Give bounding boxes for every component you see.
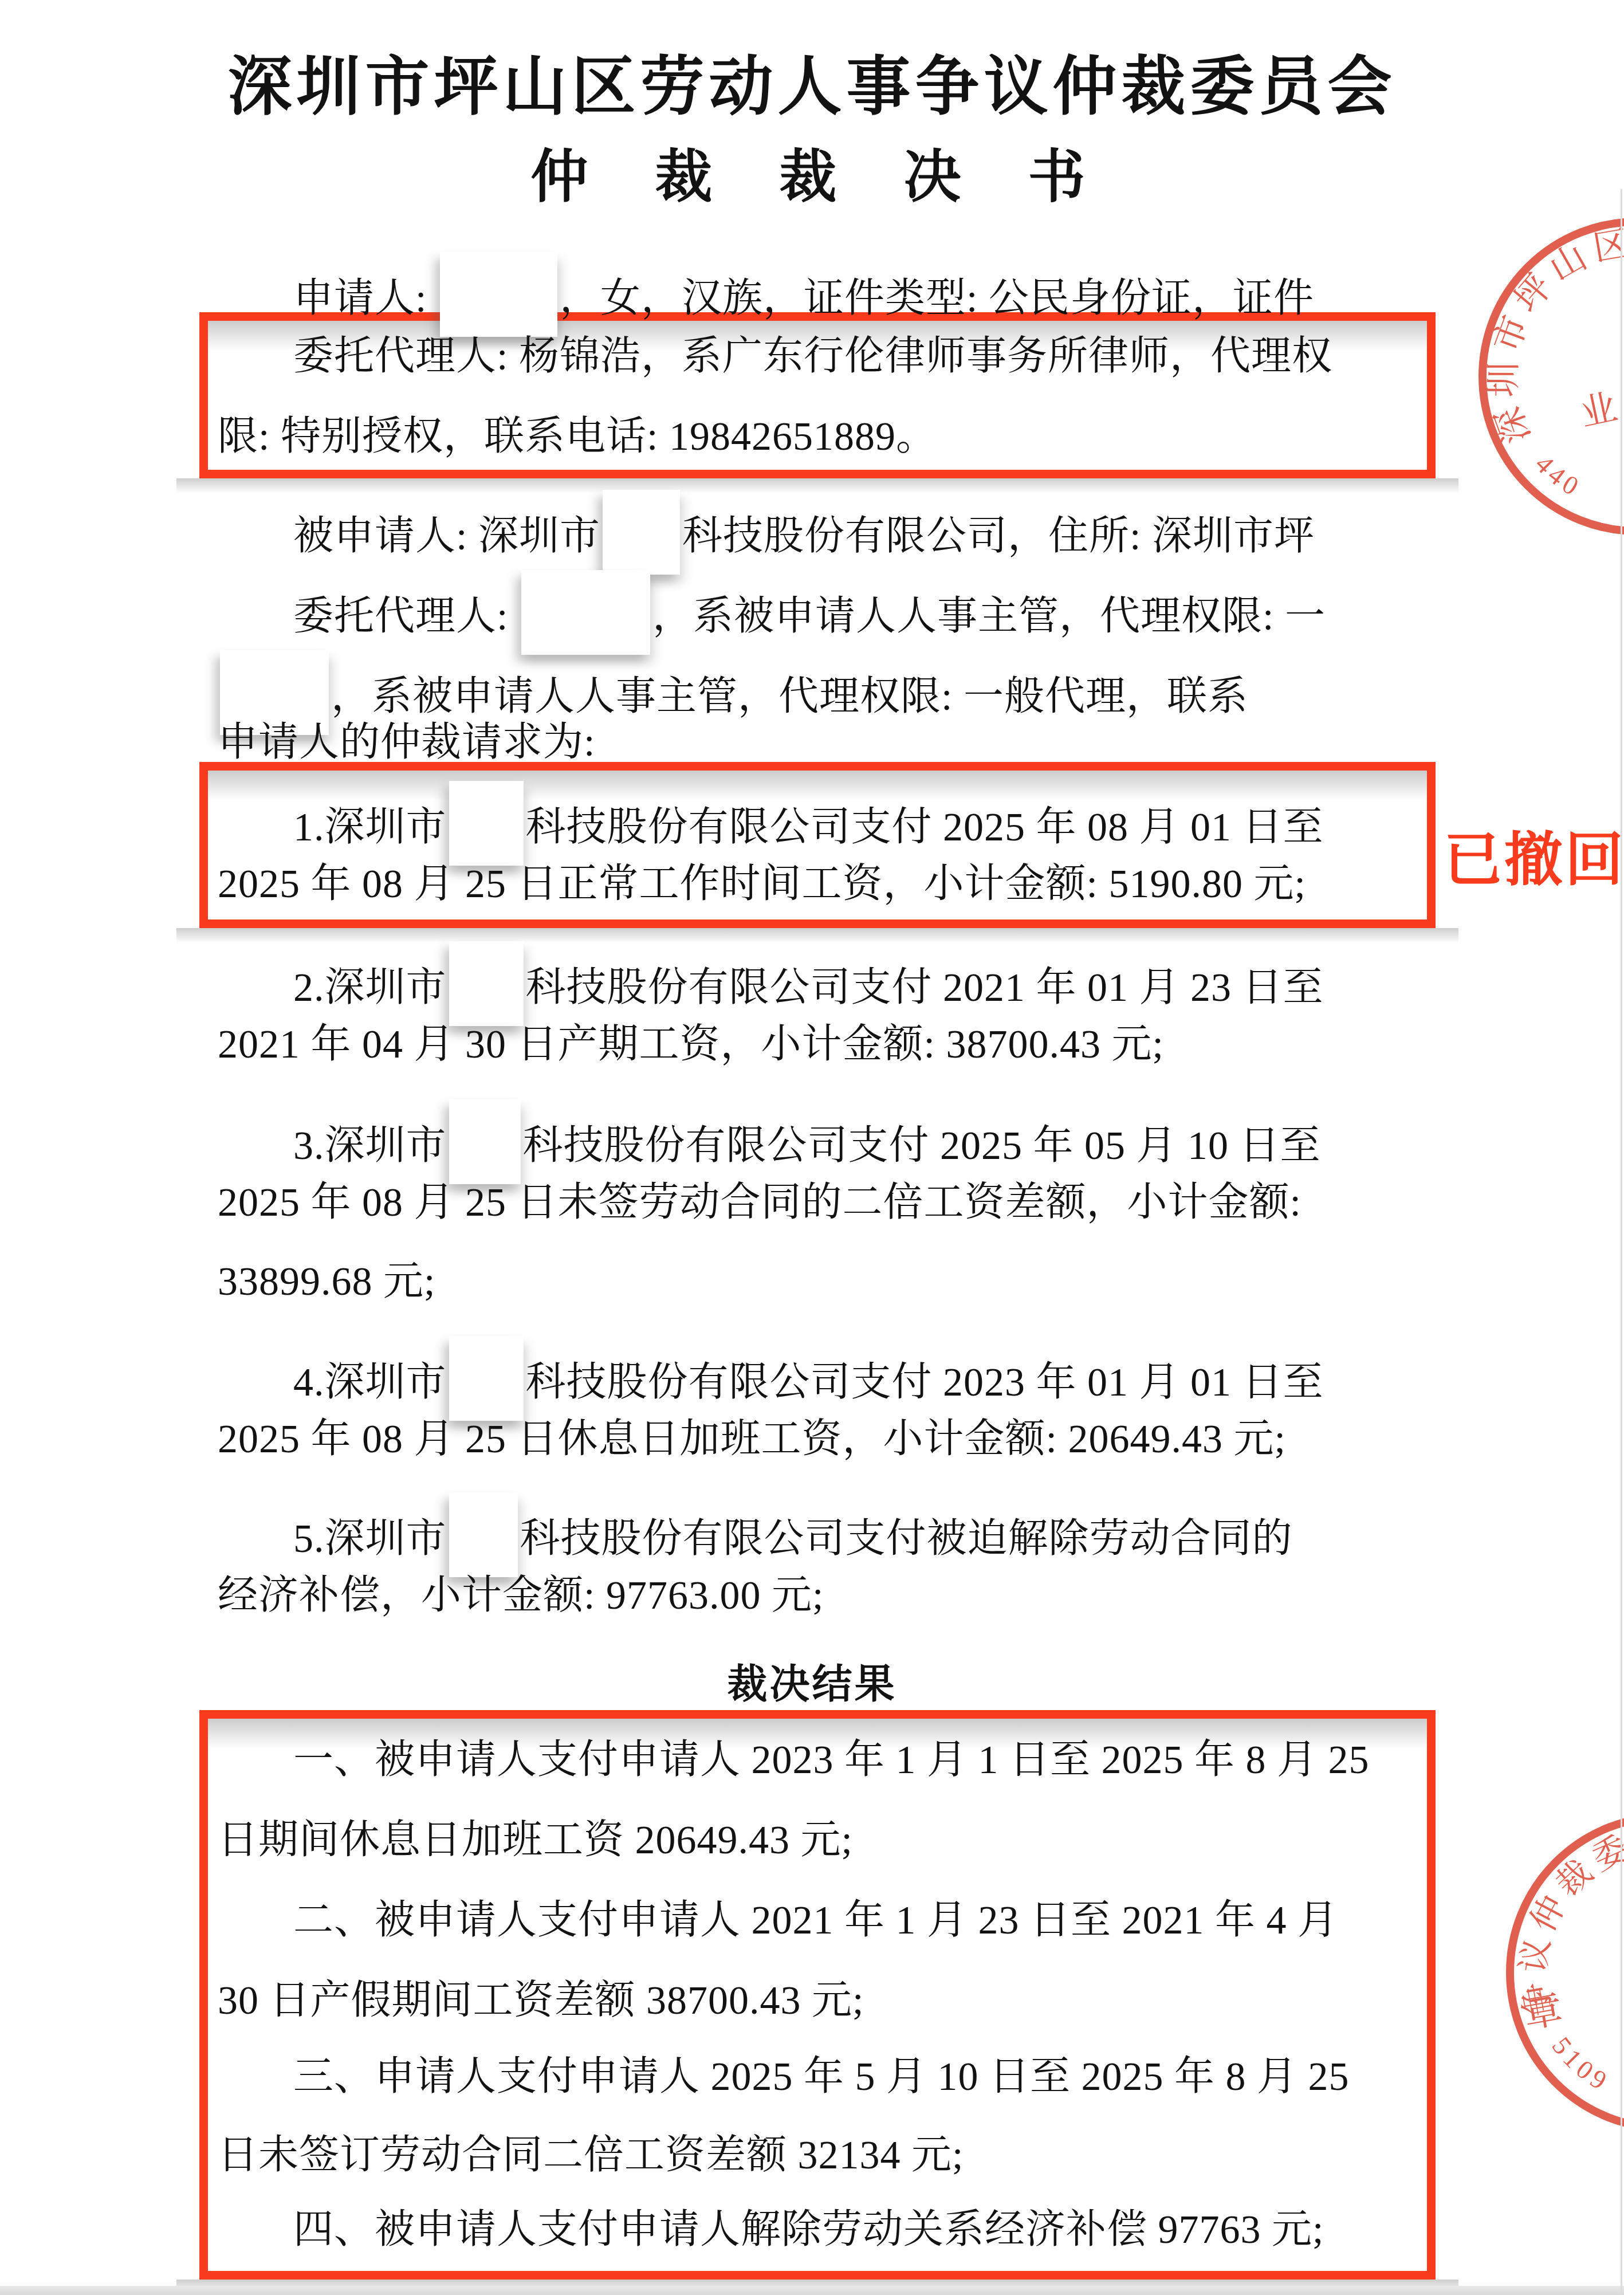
- document-line: 2.深圳市科技股份有限公司支付 2021 年 01 月 23 日至: [218, 941, 1502, 1026]
- line-text: 3.深圳市: [293, 1124, 447, 1168]
- line-text: 科技股份有限公司支付 2025 年 05 月 10 日至: [523, 1124, 1321, 1168]
- line-text: 科技股份有限公司支付 2025 年 08 月 01 日至: [526, 805, 1324, 850]
- document-line: 限: 特别授权，联系电话: 19842651889。: [218, 414, 1426, 461]
- redaction-box: [449, 1492, 518, 1577]
- redaction-box: [521, 570, 650, 655]
- line-text: 经济补偿，小计金额: 97763.00 元;: [218, 1574, 824, 1618]
- document-line: 33899.68 元;: [218, 1259, 1426, 1306]
- line-text: 科技股份有限公司，住所: 深圳市坪: [682, 514, 1315, 559]
- seal-circle-icon: 争议仲裁委员会 章 5109: [1488, 1809, 1624, 2153]
- line-text: 33899.68 元;: [218, 1260, 435, 1304]
- line-text: ，系被申请人人事主管，代理权限: 一般代理，联系: [331, 675, 1248, 719]
- document-line: 三、申请人支付申请人 2025 年 5 月 10 日至 2025 年 8 月 2…: [218, 2054, 1502, 2101]
- line-text: 被申请人: 深圳市: [293, 514, 600, 559]
- line-text: 2025 年 08 月 25 日休息日加班工资，小计金额: 20649.43 元…: [218, 1417, 1286, 1461]
- line-text: 2025 年 08 月 25 日正常工作时间工资，小计金额: 5190.80 元…: [218, 862, 1306, 906]
- line-text: 日未签订劳动合同二倍工资差额 32134 元;: [218, 2133, 964, 2178]
- redaction-box: [449, 1336, 524, 1421]
- document-line: 5.深圳市科技股份有限公司支付被迫解除劳动合同的: [218, 1492, 1502, 1577]
- line-text: 科技股份有限公司支付 2023 年 01 月 01 日至: [526, 1361, 1324, 1405]
- line-text: 4.深圳市: [293, 1361, 447, 1405]
- line-text: 科技股份有限公司支付 2021 年 01 月 23 日至: [526, 966, 1324, 1010]
- document-line: 四、被申请人支付申请人解除劳动关系经济补偿 97763 元;: [218, 2207, 1502, 2254]
- document-line: 2025 年 08 月 25 日未签劳动合同的二倍工资差额，小计金额:: [218, 1180, 1426, 1227]
- document-line: 申请人: ，女，汉族，证件类型: 公民身份证，证件: [218, 252, 1502, 337]
- document-line: 2025 年 08 月 25 日休息日加班工资，小计金额: 20649.43 元…: [218, 1416, 1426, 1463]
- line-text: 委托代理人:: [293, 595, 519, 639]
- line-text: 30 日产假期间工资差额 38700.43 元;: [218, 1979, 864, 2023]
- document-title-award: 仲 裁 裁 决 书: [0, 131, 1624, 213]
- line-text: 四、被申请人支付申请人解除劳动关系经济补偿 97763 元;: [293, 2208, 1324, 2252]
- document-line: 日期间休息日加班工资 20649.43 元;: [218, 1817, 1426, 1864]
- line-text: 委托代理人: 杨锦浩，系广东行伦律师事务所律师，代理权: [293, 335, 1332, 379]
- document-line: 日未签订劳动合同二倍工资差额 32134 元;: [218, 2132, 1426, 2179]
- document-line: 2025 年 08 月 25 日正常工作时间工资，小计金额: 5190.80 元…: [218, 861, 1426, 908]
- document-line: 被申请人: 深圳市科技股份有限公司，住所: 深圳市坪: [218, 490, 1502, 575]
- line-text: 二、被申请人支付申请人 2021 年 1 月 23 日至 2021 年 4 月: [293, 1899, 1338, 1943]
- redaction-box: [449, 781, 524, 866]
- line-text: 2021 年 04 月 30 日产期工资，小计金额: 38700.43 元;: [218, 1023, 1164, 1067]
- official-seal-top: 深圳市坪山区劳动 业 440: [1471, 213, 1624, 551]
- line-text: 申请人:: [293, 277, 438, 321]
- line-text: 5.深圳市: [293, 1517, 447, 1561]
- arbitration-award-document: 深圳市坪山区劳动人事争议仲裁委员会 仲 裁 裁 决 书 申请人: ，女，汉族，证…: [0, 0, 1624, 2295]
- document-line: 1.深圳市科技股份有限公司支付 2025 年 08 月 01 日至: [218, 781, 1502, 866]
- line-text: 2025 年 08 月 25 日未签劳动合同的二倍工资差额，小计金额:: [218, 1181, 1301, 1225]
- withdrawn-annotation: 已撤回: [1444, 814, 1624, 897]
- document-line: 一、被申请人支付申请人 2023 年 1 月 1 日至 2025 年 8 月 2…: [218, 1737, 1502, 1784]
- line-text: 限: 特别授权，联系电话: 19842651889。: [218, 415, 937, 459]
- document-line: 委托代理人: ，系被申请人人事主管，代理权限: 一: [218, 570, 1502, 655]
- line-text: 三、申请人支付申请人 2025 年 5 月 10 日至 2025 年 8 月 2…: [293, 2055, 1350, 2099]
- seal-circle-icon: 深圳市坪山区劳动 业 440: [1471, 213, 1624, 551]
- redaction-box: [440, 252, 557, 337]
- line-text: 2.深圳市: [293, 966, 447, 1010]
- redaction-box: [449, 941, 524, 1026]
- line-text: 1.深圳市: [293, 805, 447, 850]
- document-line: 二、被申请人支付申请人 2021 年 1 月 23 日至 2021 年 4 月: [218, 1897, 1502, 1944]
- document-line: 30 日产假期间工资差额 38700.43 元;: [218, 1978, 1426, 2025]
- document-line: 申请人的仲裁请求为:: [218, 720, 1426, 767]
- seal-inner-char: 章: [1520, 1987, 1566, 2037]
- document-title-committee: 深圳市坪山区劳动人事争议仲裁委员会: [0, 36, 1624, 128]
- document-line: 4.深圳市科技股份有限公司支付 2023 年 01 月 01 日至: [218, 1336, 1502, 1421]
- line-text: 一、被申请人支付申请人 2023 年 1 月 1 日至 2025 年 8 月 2…: [293, 1738, 1370, 1782]
- redaction-box: [449, 1099, 521, 1184]
- document-line: 委托代理人: 杨锦浩，系广东行伦律师事务所律师，代理权: [218, 333, 1502, 380]
- scan-edge-strip: [0, 2286, 1624, 2295]
- section-heading-ruling: 裁决结果: [0, 1652, 1624, 1710]
- document-line: 2021 年 04 月 30 日产期工资，小计金额: 38700.43 元;: [218, 1021, 1426, 1068]
- document-line: 3.深圳市科技股份有限公司支付 2025 年 05 月 10 日至: [218, 1099, 1502, 1184]
- official-seal-bottom: 争议仲裁委员会 章 5109: [1488, 1809, 1624, 2153]
- line-text: 申请人的仲裁请求为:: [218, 721, 595, 765]
- scan-edge-line: [1621, 189, 1622, 2295]
- line-text: 科技股份有限公司支付被迫解除劳动合同的: [520, 1517, 1293, 1561]
- line-text: 日期间休息日加班工资 20649.43 元;: [218, 1818, 853, 1862]
- line-text: ，女，汉族，证件类型: 公民身份证，证件: [560, 277, 1314, 321]
- redaction-box: [603, 490, 680, 575]
- seal-inner-char: 业: [1576, 387, 1621, 434]
- document-line: 经济补偿，小计金额: 97763.00 元;: [218, 1573, 1426, 1620]
- line-text: ，系被申请人人事主管，代理权限: 一: [652, 595, 1326, 639]
